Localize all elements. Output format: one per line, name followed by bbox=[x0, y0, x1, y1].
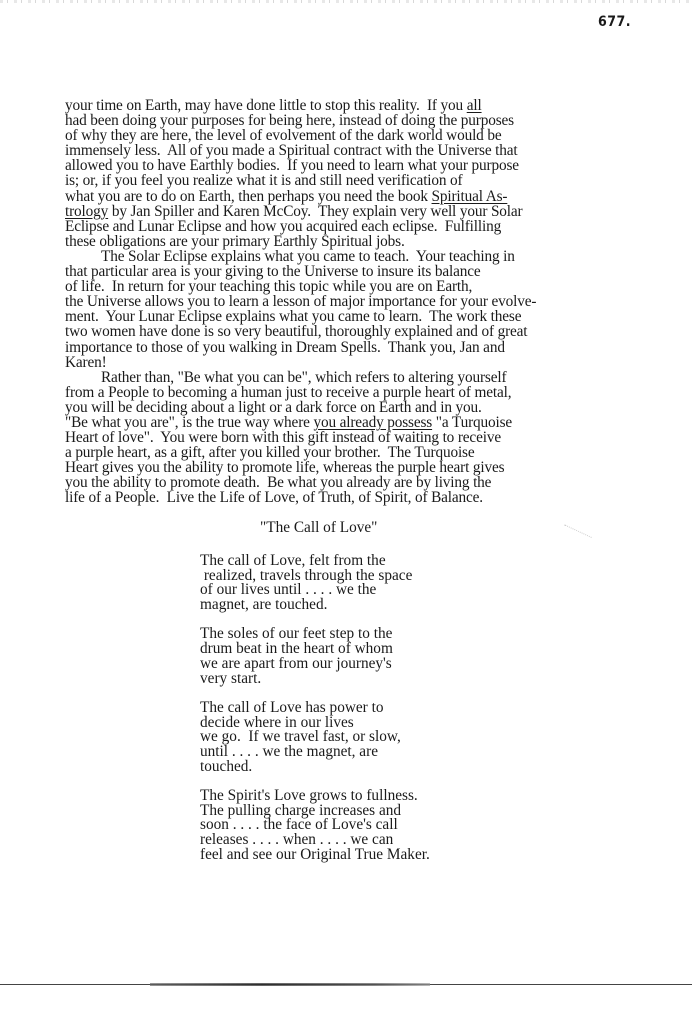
poem-stanza: The call of Love, felt from the realized… bbox=[200, 554, 520, 613]
body-line: that particular area is your giving to t… bbox=[65, 264, 645, 279]
body-line: from a People to becoming a human just t… bbox=[65, 385, 645, 400]
scan-mark bbox=[558, 524, 592, 550]
page-number: 677. bbox=[598, 14, 631, 30]
body-line: two women have done is so very beautiful… bbox=[65, 324, 645, 339]
poem: The call of Love, felt from the realized… bbox=[200, 554, 520, 877]
body-line: you will be deciding about a light or a … bbox=[65, 400, 645, 415]
poem-title: "The Call of Love" bbox=[260, 519, 377, 537]
poem-line: very start. bbox=[200, 672, 520, 687]
body-line: what you are to do on Earth, then perhap… bbox=[65, 189, 645, 204]
poem-line: feel and see our Original True Maker. bbox=[200, 848, 520, 863]
body-line: importance to those of you walking in Dr… bbox=[65, 340, 645, 355]
body-line: immensely less. All of you made a Spirit… bbox=[65, 143, 645, 158]
scan-artifact-top bbox=[0, 0, 692, 3]
body-line: Heart gives you the ability to promote l… bbox=[65, 460, 645, 475]
body-line: the Universe allows you to learn a lesso… bbox=[65, 294, 645, 309]
body-line: Heart of love". You were born with this … bbox=[65, 430, 645, 445]
body-line: trology by Jan Spiller and Karen McCoy. … bbox=[65, 204, 645, 219]
body-line: of life. In return for your teaching thi… bbox=[65, 279, 645, 294]
body-line: your time on Earth, may have done little… bbox=[65, 98, 645, 113]
body-line: had been doing your purposes for being h… bbox=[65, 113, 645, 128]
bottom-rule-smudge bbox=[150, 983, 430, 986]
body-line: of why they are here, the level of evolv… bbox=[65, 128, 645, 143]
body-text: your time on Earth, may have done little… bbox=[65, 98, 645, 506]
poem-stanza: The Spirit's Love grows to fullness.The … bbox=[200, 789, 520, 862]
body-line: Rather than, "Be what you can be", which… bbox=[65, 370, 645, 385]
body-line: The Solar Eclipse explains what you came… bbox=[65, 249, 645, 264]
body-line: these obligations are your primary Earth… bbox=[65, 234, 645, 249]
body-line: you the ability to promote death. Be wha… bbox=[65, 475, 645, 490]
body-line: "Be what you are", is the true way where… bbox=[65, 415, 645, 430]
body-line: allowed you to have Earthly bodies. If y… bbox=[65, 158, 645, 173]
body-line: is; or, if you feel you realize what it … bbox=[65, 173, 645, 188]
body-line: a purple heart, as a gift, after you kil… bbox=[65, 445, 645, 460]
body-line: Eclipse and Lunar Eclipse and how you ac… bbox=[65, 219, 645, 234]
body-line: life of a People. Live the Life of Love,… bbox=[65, 490, 645, 505]
body-line: ment. Your Lunar Eclipse explains what y… bbox=[65, 309, 645, 324]
poem-stanza: The call of Love has power todecide wher… bbox=[200, 701, 520, 774]
poem-line: magnet, are touched. bbox=[200, 598, 520, 613]
poem-line: touched. bbox=[200, 760, 520, 775]
poem-stanza: The soles of our feet step to thedrum be… bbox=[200, 627, 520, 686]
body-line: Karen! bbox=[65, 355, 645, 370]
